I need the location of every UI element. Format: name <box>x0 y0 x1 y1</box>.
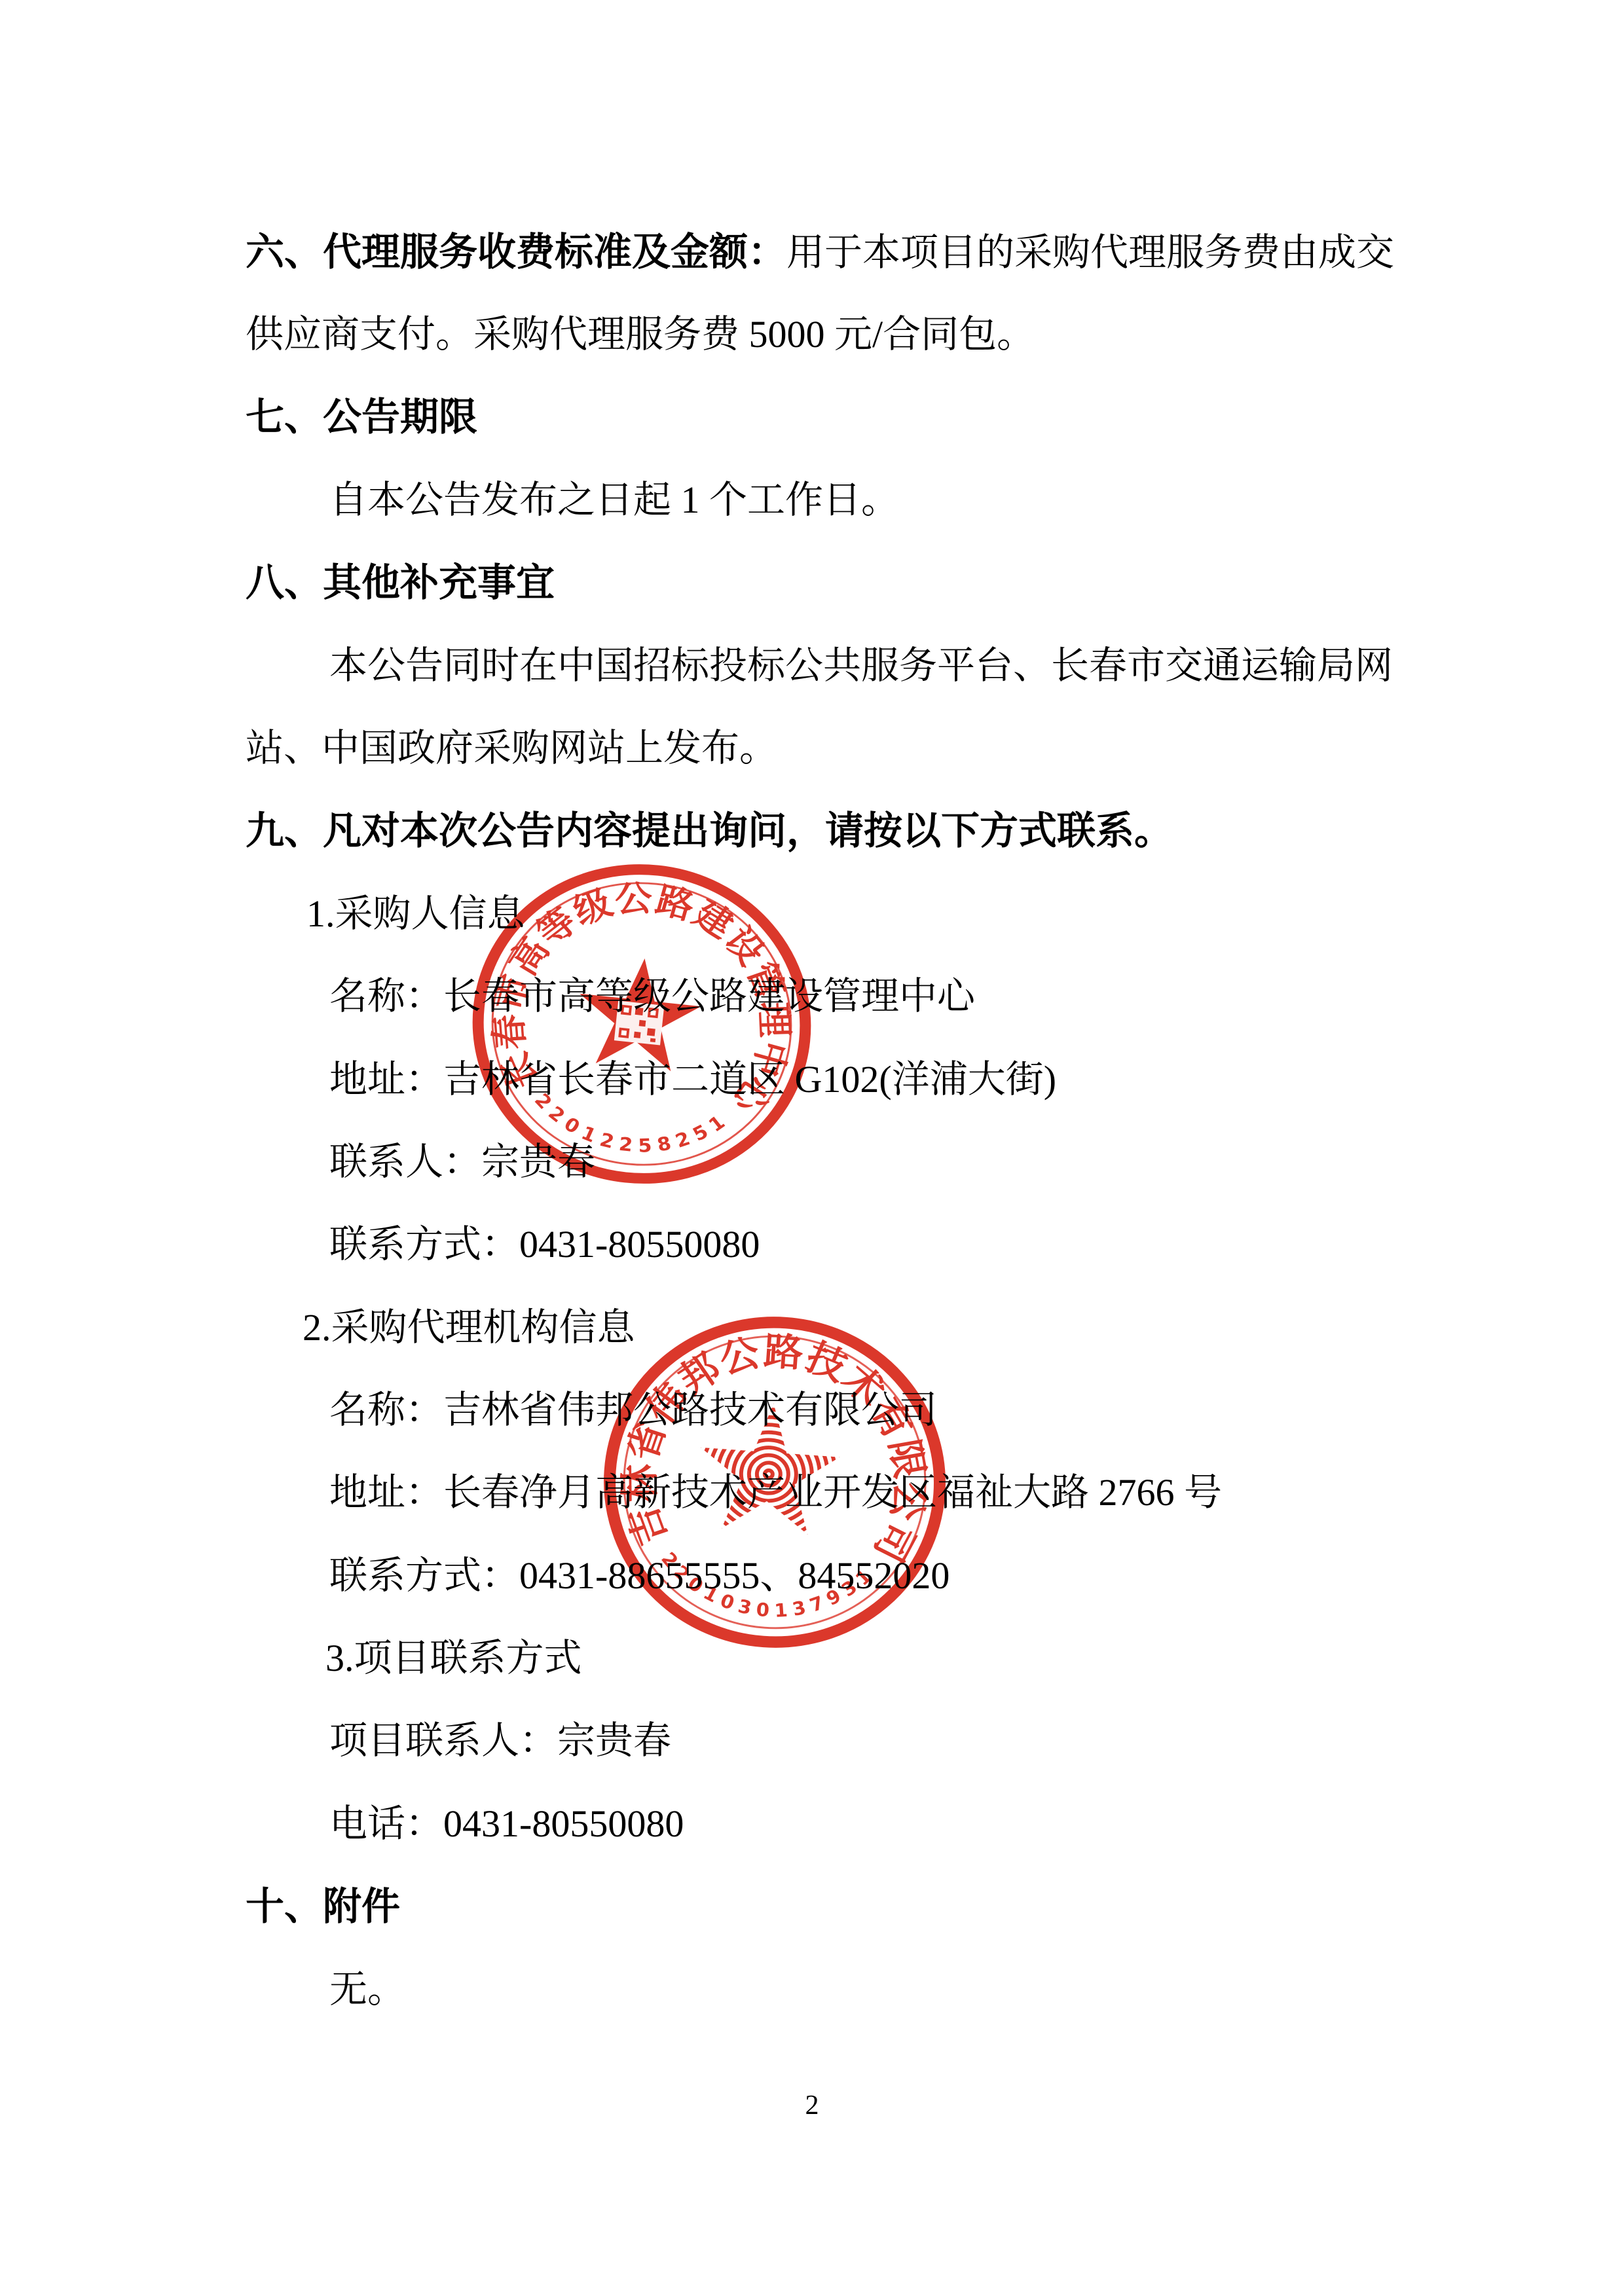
section-fee-line2: 供应商支付。采购代理服务费 5000 元/合同包。 <box>246 313 1035 357</box>
document-page: 六、代理服务收费标准及金额：用于本项目的采购代理服务费由成交 供应商支付。采购代… <box>0 0 1624 2296</box>
agency-seal-graphic: 吉林省伟邦公路技术有限公司 2201030137931 <box>576 1289 973 1675</box>
section-attachment-body: 无。 <box>329 1968 405 2012</box>
seal-star-icon <box>572 952 705 1074</box>
section-period-heading: 七、公告期限 <box>246 395 477 440</box>
section-supplement-heading: 八、其他补充事宜 <box>246 561 555 606</box>
section-supplement-body-line2: 站、中国政府采购网站上发布。 <box>246 727 777 771</box>
section-attachment-heading: 十、附件 <box>246 1885 400 1929</box>
section-supplement-body-line1: 本公告同时在中国招标投标公共服务平台、长春市交通运输局网 <box>329 644 1393 688</box>
section-fee-heading: 六、代理服务收费标准及金额： <box>246 230 786 274</box>
section-fee-body-inline: 用于本项目的采购代理服务费由成交 <box>786 231 1394 274</box>
qr-pattern <box>614 1000 665 1045</box>
project-contact-phone: 电话：0431-80550080 <box>329 1802 684 1846</box>
project-contact-person: 项目联系人：宗贵春 <box>329 1719 671 1763</box>
section-period-body: 自本公告发布之日起 1 个工作日。 <box>329 479 899 522</box>
seal-star-icon <box>689 1397 848 1552</box>
section-inquiry-heading: 九、凡对本次公告内容提出询问，请按以下方式联系。 <box>246 809 1173 854</box>
project-contact-title: 3.项目联系方式 <box>325 1637 582 1681</box>
agency-info-title: 2.采购代理机构信息 <box>303 1306 635 1350</box>
agency-seal: 吉林省伟邦公路技术有限公司 2201030137931 <box>576 1289 973 1675</box>
page-number: 2 <box>0 2090 1624 2121</box>
purchaser-seal: 长春市高等级公路建设管理中心 22012258251 <box>441 833 842 1215</box>
section-fee-line1: 六、代理服务收费标准及金额：用于本项目的采购代理服务费由成交 <box>246 230 1394 275</box>
purchaser-contact-phone: 联系方式：0431-80550080 <box>329 1223 760 1267</box>
purchaser-seal-graphic: 长春市高等级公路建设管理中心 22012258251 <box>441 833 842 1215</box>
